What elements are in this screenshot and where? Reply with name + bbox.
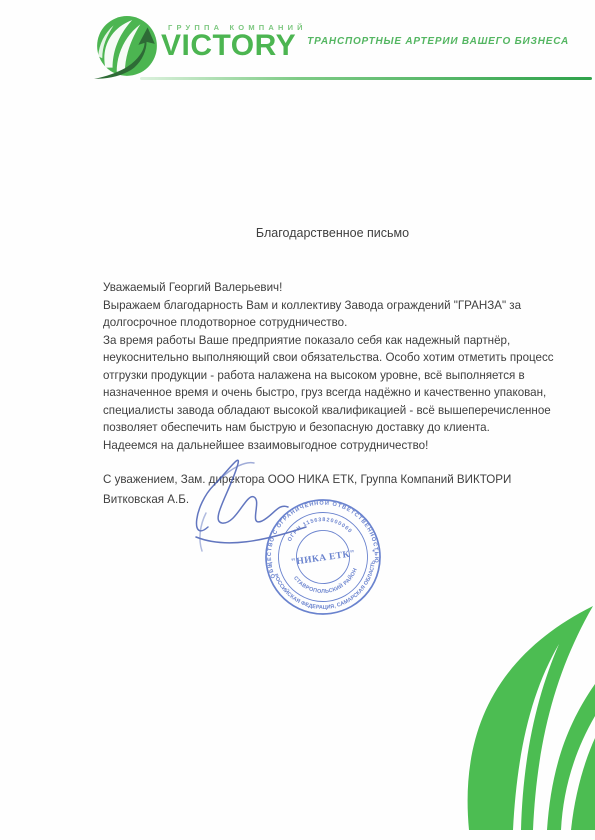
header-tagline: ТРАНСПОРТНЫЕ АРТЕРИИ ВАШЕГО БИЗНЕСА — [307, 36, 569, 47]
letter-body: Уважаемый Георгий Валерьевич! Выражаем б… — [103, 279, 569, 454]
scanned-letter-page: ГРУППА КОМПАНИЙ VICTORY ТРАНСПОРТНЫЕ АРТ… — [0, 0, 595, 840]
letter-paragraph: За время работы Ваше предприятие показал… — [103, 332, 569, 437]
letter-paragraph: Уважаемый Георгий Валерьевич! — [103, 279, 569, 297]
letter-title: Благодарственное письмо — [0, 226, 595, 240]
company-stamp: ОБЩЕСТВО С ОГРАНИЧЕННОЙ ОТВЕТСТВЕННОСТЬЮ… — [245, 479, 401, 635]
header-divider-line — [140, 77, 592, 80]
letter-paragraph: Надеемся на дальнейшее взаимовыгодное со… — [103, 437, 569, 455]
letter-paragraph: Выражаем благодарность Вам и коллективу … — [103, 297, 569, 332]
stamp-center-text: "НИКА ЕТК" — [290, 549, 356, 568]
leaf-watermark — [455, 592, 595, 830]
brand-name: VICTORY — [161, 29, 296, 63]
victory-logo-icon — [93, 14, 161, 82]
